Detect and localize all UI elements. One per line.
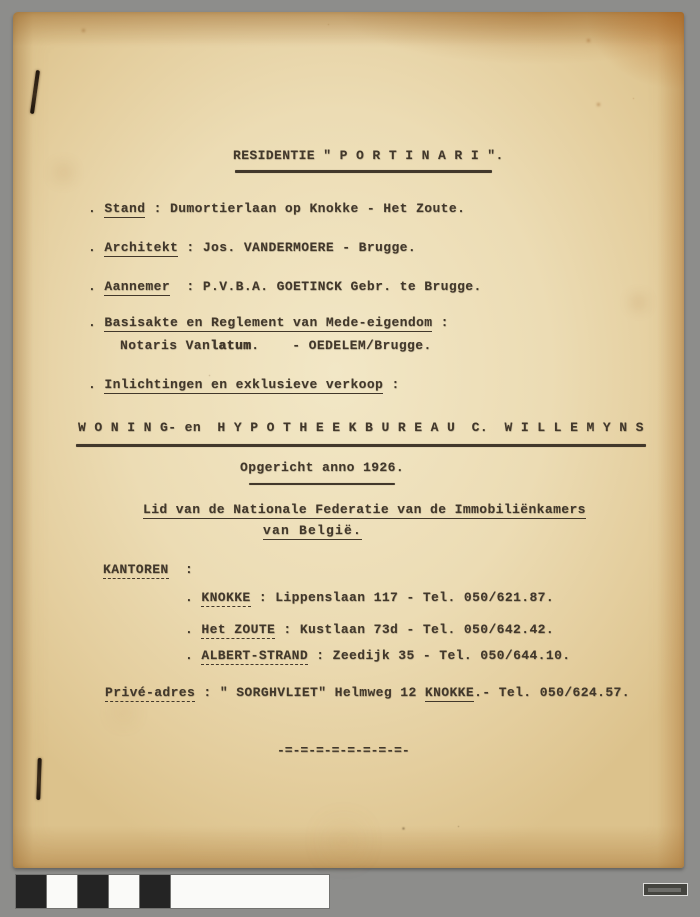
founded-text: Opgericht anno 1926. xyxy=(240,460,404,475)
bullet: . xyxy=(88,377,104,392)
calibration-cell-black xyxy=(140,875,171,908)
fact-contractor-sep: : xyxy=(170,279,203,294)
bureau-rule xyxy=(76,444,646,447)
fact-line-info: . Inlichtingen en exklusieve verkoop : xyxy=(88,377,400,392)
office-knokke-sep: : xyxy=(251,590,276,605)
fact-stand-sep: : xyxy=(145,201,170,216)
bureau-name-line: W O N I N G- en H Y P O T H E E K B U R … xyxy=(78,420,644,435)
foxing-specks xyxy=(13,12,14,13)
fact-contractor-text: P.V.B.A. GOETINCK Gebr. te Brugge. xyxy=(203,279,482,294)
founded-line: Opgericht anno 1926. xyxy=(240,460,404,475)
membership-line-1: Lid van de Nationale Federatie van de Im… xyxy=(143,502,586,517)
fact-info-label: Inlichtingen en exklusieve verkoop xyxy=(104,377,383,394)
office-line-knokke: . KNOKKE : Lippenslaan 117 - Tel. 050/62… xyxy=(185,590,554,605)
fact-architect-label: Architekt xyxy=(104,240,178,257)
founded-underline xyxy=(249,483,395,485)
fact-architect-sep: : xyxy=(178,240,203,255)
office-albert-name: ALBERT-STRAND xyxy=(201,648,308,665)
bullet: . xyxy=(185,648,201,663)
membership-text-1: Lid van de Nationale Federatie van de Im… xyxy=(143,502,586,519)
fact-line-architect: . Architekt : Jos. VANDERMOERE - Brugge. xyxy=(88,240,416,255)
office-zoute-sep: : xyxy=(275,622,300,637)
private-address-label: Privé-adres xyxy=(105,685,195,702)
offices-heading-line: KANTOREN : xyxy=(103,562,193,577)
private-address-pre: " SORGHVLIET" Helmweg 12 xyxy=(220,685,425,700)
office-albert-sep: : xyxy=(308,648,333,663)
fact-contractor-label: Aannemer xyxy=(104,279,170,296)
membership-text-2: van België. xyxy=(263,523,362,540)
bullet: . xyxy=(88,279,104,294)
office-albert-detail: Zeedijk 35 - Tel. 050/644.10. xyxy=(333,648,571,663)
private-address-city: KNOKKE xyxy=(425,685,474,702)
fact-stand-label: Stand xyxy=(104,201,145,218)
bullet: . xyxy=(88,240,104,255)
fact-line-deed: . Basisakte en Reglement van Mede-eigend… xyxy=(88,315,449,330)
notary-emph: latum xyxy=(210,338,251,353)
offices-heading-text: KANTOREN xyxy=(103,562,169,579)
notary-post: . - OEDELEM/Brugge. xyxy=(251,338,431,353)
bullet: . xyxy=(185,590,201,605)
bullet: . xyxy=(88,315,104,330)
offices-heading-colon: : xyxy=(169,562,194,577)
fact-line-contractor: . Aannemer : P.V.B.A. GOETINCK Gebr. te … xyxy=(88,279,482,294)
fact-stand-text: Dumortierlaan op Knokke - Het Zoute. xyxy=(170,201,465,216)
end-divider-text: -=-=-=-=-=-=-=-=- xyxy=(277,743,410,758)
office-zoute-detail: Kustlaan 73d - Tel. 050/642.42. xyxy=(300,622,554,637)
fact-deed-label: Basisakte en Reglement van Mede-eigendom xyxy=(104,315,432,332)
fact-info-sep: : xyxy=(383,377,399,392)
fact-line-stand: . Stand : Dumortierlaan op Knokke - Het … xyxy=(88,201,465,216)
fact-architect-text: Jos. VANDERMOERE - Brugge. xyxy=(203,240,416,255)
notary-pre: Notaris Van xyxy=(120,338,210,353)
membership-line-2: van België. xyxy=(263,523,362,538)
watermark-badge-text-smudge xyxy=(648,888,681,892)
bullet: . xyxy=(88,201,104,216)
staple-mark-bottom xyxy=(36,758,41,800)
office-line-albert-strand: . ALBERT-STRAND : Zeedijk 35 - Tel. 050/… xyxy=(185,648,570,663)
office-knokke-name: KNOKKE xyxy=(201,590,250,607)
calibration-cell-white xyxy=(109,875,140,908)
document-title: RESIDENTIE " P O R T I N A R I ". xyxy=(233,148,504,163)
office-zoute-name: Het ZOUTE xyxy=(201,622,275,639)
scanned-document-page: { "mount": { "color": "#8d8d8b" }, "scan… xyxy=(0,0,700,917)
bullet: . xyxy=(185,622,201,637)
calibration-cell-black xyxy=(78,875,109,908)
calibration-white-bar xyxy=(171,875,329,908)
watermark-badge xyxy=(643,883,688,896)
scanned-paper-sheet: RESIDENTIE " P O R T I N A R I ". . Stan… xyxy=(13,12,684,868)
document-title-text: RESIDENTIE " P O R T I N A R I ". xyxy=(233,148,504,163)
calibration-cell-black xyxy=(16,875,47,908)
staple-mark-top xyxy=(30,70,40,114)
office-line-zoute: . Het ZOUTE : Kustlaan 73d - Tel. 050/64… xyxy=(185,622,554,637)
bureau-name-text: W O N I N G- en H Y P O T H E E K B U R … xyxy=(78,420,644,435)
title-underline xyxy=(235,170,492,173)
calibration-cell-white xyxy=(47,875,78,908)
private-address-post: .- Tel. 050/624.57. xyxy=(474,685,630,700)
fact-deed-sep: : xyxy=(432,315,448,330)
notary-line: Notaris Vanlatum. - OEDELEM/Brugge. xyxy=(120,338,432,353)
office-knokke-detail: Lippenslaan 117 - Tel. 050/621.87. xyxy=(275,590,554,605)
private-address-line: Privé-adres : " SORGHVLIET" Helmweg 12 K… xyxy=(105,685,630,700)
end-divider: -=-=-=-=-=-=-=-=- xyxy=(277,743,410,758)
private-address-sep: : xyxy=(195,685,220,700)
